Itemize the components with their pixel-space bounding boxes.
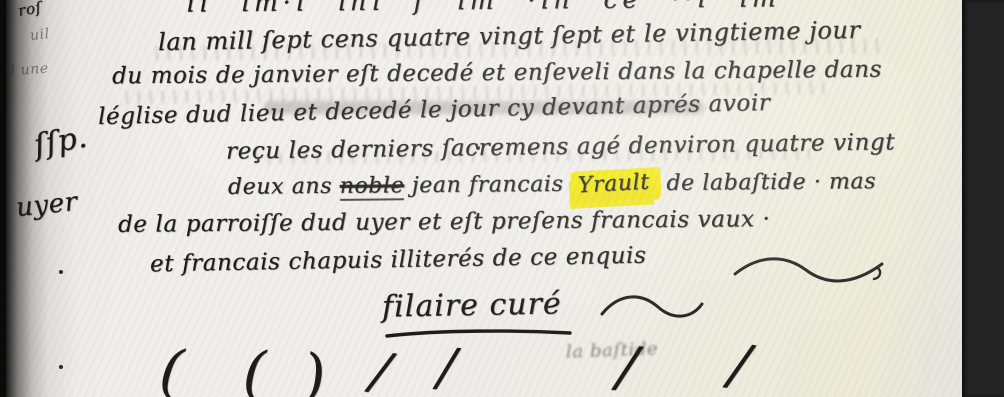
- ink-speck: [476, 146, 480, 150]
- next-entry-stroke: /: [726, 337, 752, 395]
- bleedthrough-text: la baſtide: [566, 338, 659, 362]
- manuscript-line-5: deux ans noble jean francais Yrault de l…: [228, 168, 876, 205]
- previous-entry-cutoff-line: ıı ım·ı ıhı ſ ım ·ın ce ··ı ım: [186, 0, 781, 18]
- next-entry-stroke: /: [436, 341, 457, 394]
- manuscript-line-3: léglise dud lieu et decedé le jour cy de…: [98, 90, 771, 130]
- next-entry-stroke: ): [301, 345, 328, 397]
- margin-note-ssp: ſſp.: [31, 120, 90, 164]
- scan-viewport: ıı ım·ı ıhı ſ ım ·ın ce ··ı ım roſ uil d…: [0, 0, 1004, 397]
- signature-underline-flourish: [384, 328, 574, 340]
- manuscript-line-4: reçu les derniers ſacremens agé denviron…: [226, 129, 895, 164]
- enquis-flourish: [730, 252, 890, 292]
- next-entry-stroke: /: [368, 345, 394, 397]
- margin-fragment: roſ: [17, 0, 43, 20]
- manuscript-line-7: et francais chapuis illiterés de ce enqu…: [150, 243, 647, 278]
- margin-fragment: uil: [29, 26, 50, 44]
- ink-speck: [59, 365, 63, 369]
- margin-note-uyer: uyer: [15, 187, 79, 223]
- next-entry-stroke: (: [242, 344, 267, 397]
- ink-speck: [59, 270, 63, 274]
- line5-text: deux ans: [228, 174, 340, 200]
- right-border-band: [962, 0, 1004, 397]
- highlighted-word-yrault: Yrault: [570, 168, 659, 204]
- manuscript-line-2: du mois de janvier eſt decedé et enſevel…: [112, 57, 882, 90]
- struck-word-noble: noble: [340, 173, 405, 201]
- manuscript-page: ıı ım·ı ıhı ſ ım ·ın ce ··ı ım roſ uil d…: [6, 0, 962, 397]
- line5-text: jean francais: [404, 172, 571, 198]
- signature-flourish: [598, 288, 708, 326]
- next-entry-stroke: (: [157, 341, 186, 397]
- margin-fragment: d une: [6, 61, 49, 80]
- priest-signature: filaire curé: [382, 286, 562, 324]
- line5-text: de labaſtide · mas: [659, 169, 876, 196]
- manuscript-line-1: lan mill ſept cens quatre vingt ſept et …: [158, 16, 861, 56]
- manuscript-line-6: de la parroiſſe dud uyer et eſt preſens …: [118, 206, 771, 238]
